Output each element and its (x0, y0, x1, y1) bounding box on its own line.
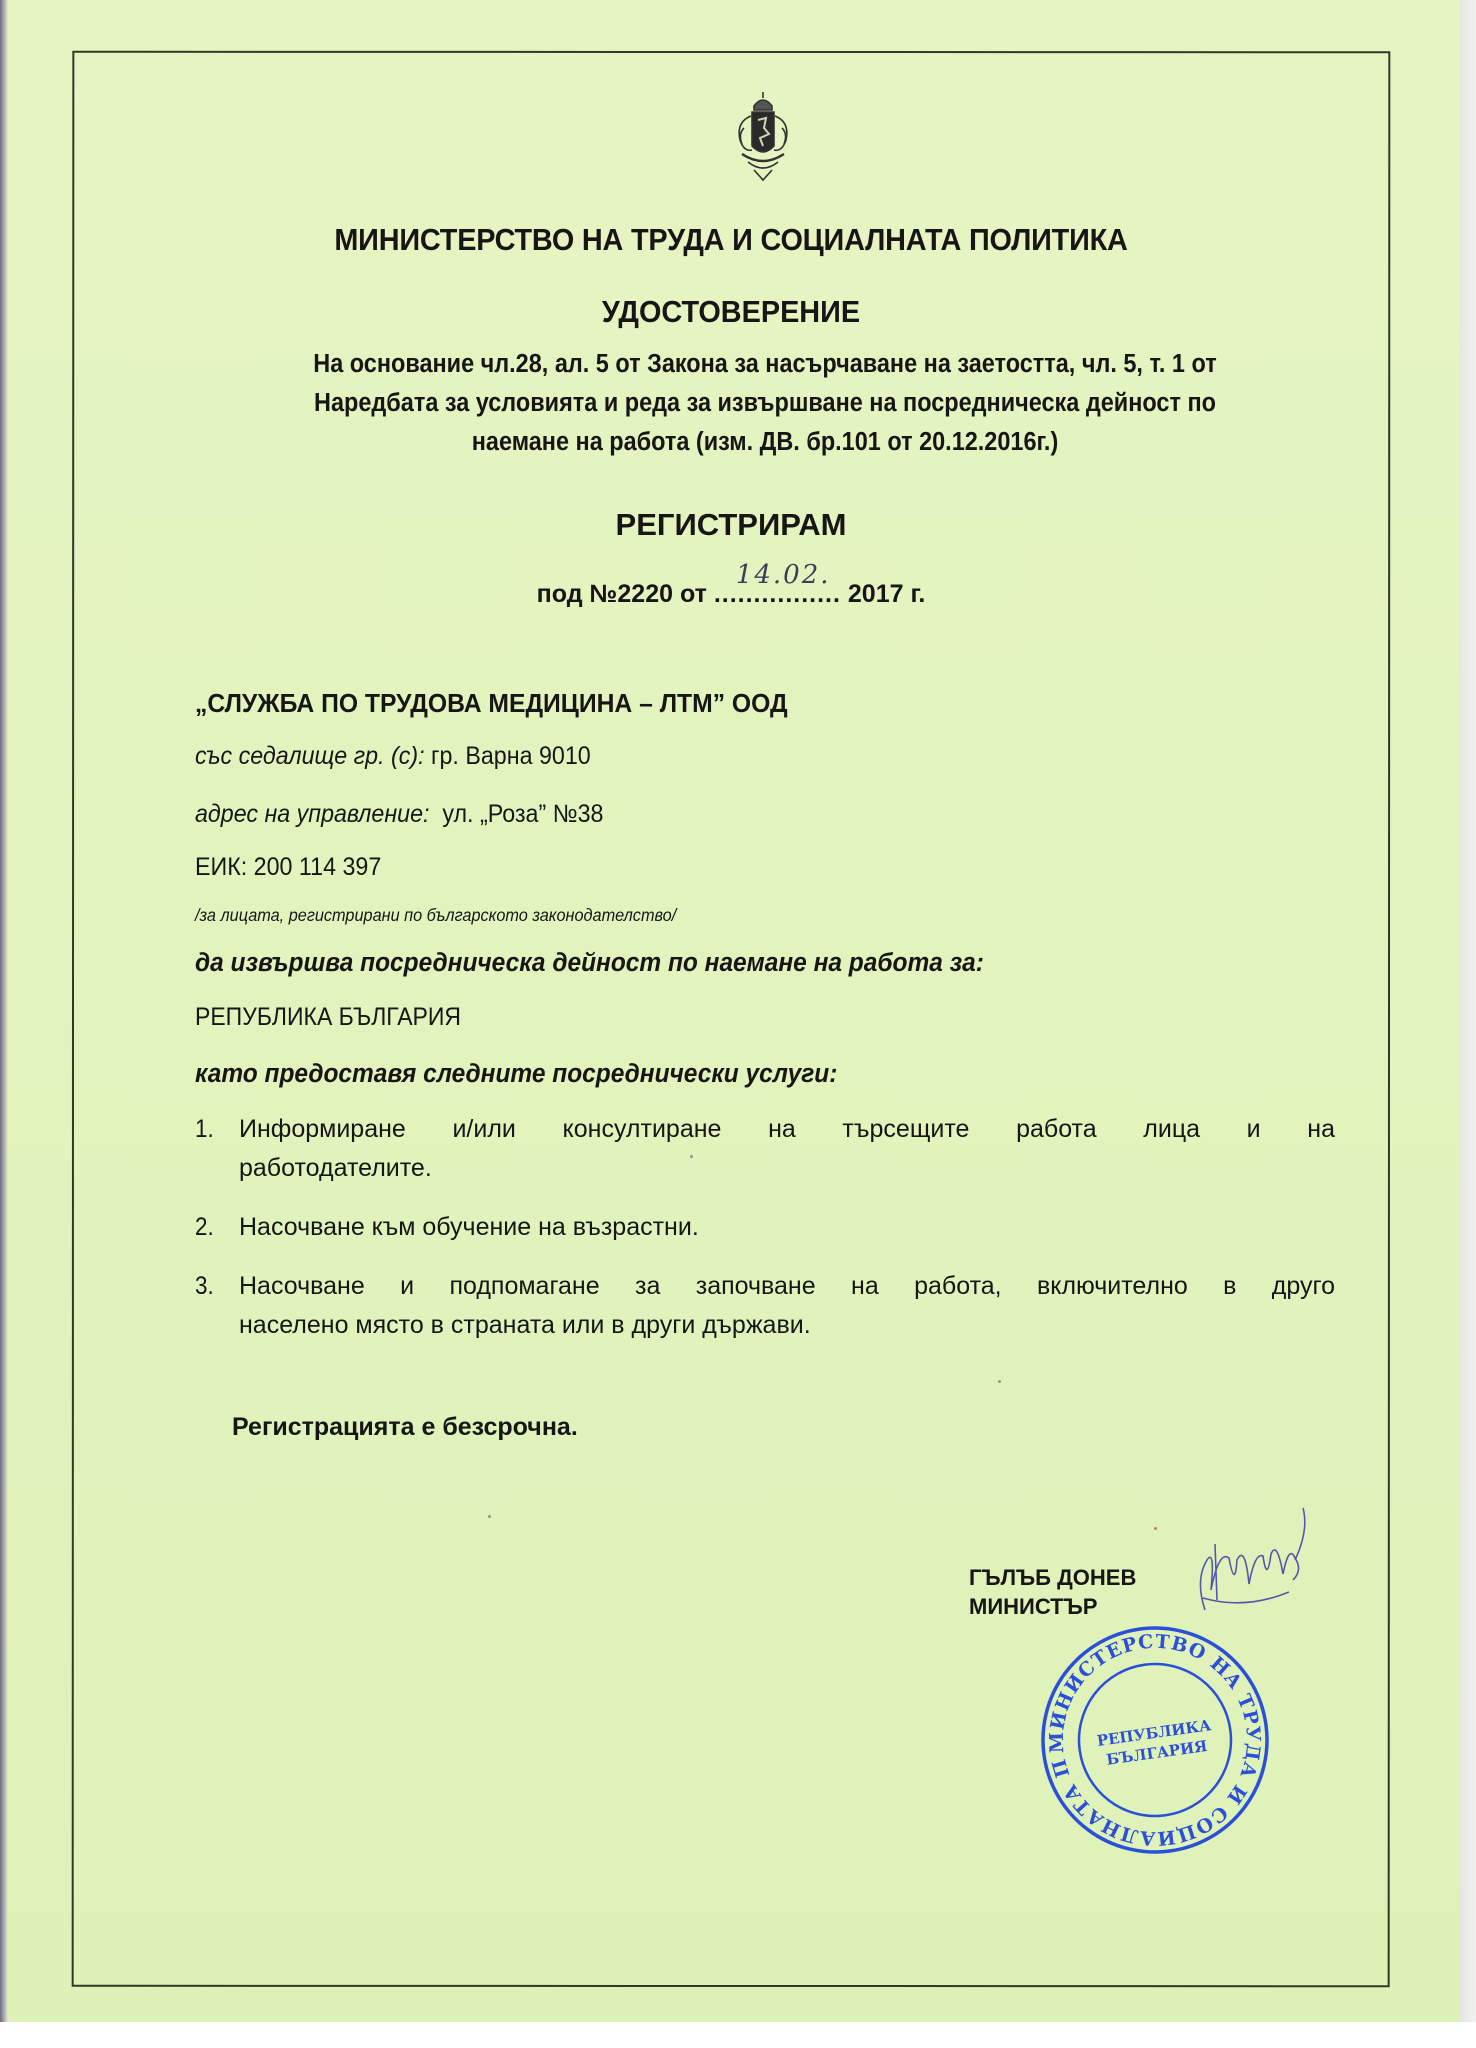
scan-edge-right (1460, 0, 1476, 2022)
item-text: работодателите. (239, 1149, 1335, 1188)
coat-of-arms-icon (730, 88, 796, 184)
scan-speck (1154, 1527, 1157, 1530)
scan-speck (488, 1515, 491, 1518)
services-heading: като предоставя следните посреднически у… (195, 1060, 837, 1089)
item-text: населено място в страната или в други дъ… (239, 1306, 1335, 1345)
registration-number-line: под №2220 от ................14.02. 2017… (72, 580, 1390, 609)
address-label: адрес на управление: (195, 800, 429, 828)
signer-block: ГЪЛЪБ ДОНЕВ МИНИСТЪР (969, 1563, 1136, 1621)
registration-year: 2017 г. (848, 580, 925, 608)
legislation-note: /за лицата, регистрирани по българското … (195, 905, 676, 926)
item-number: 1. (195, 1110, 235, 1188)
item-number: 3. (195, 1267, 235, 1345)
scan-speck (998, 1380, 1001, 1383)
country: РЕПУБЛИКА БЪЛГАРИЯ (195, 1003, 461, 1032)
eik-line: ЕИК: 200 114 397 (195, 853, 381, 882)
seat-line: със седалище гр. (с): гр. Варна 9010 (195, 742, 591, 771)
item-number: 2. (195, 1208, 235, 1247)
legal-basis-line: наемане на работа (изм. ДВ. бр.101 от 20… (236, 423, 1294, 462)
list-item: 1. Информиране и/или консултиране на тър… (195, 1110, 1335, 1188)
eik-label: ЕИК: (195, 853, 247, 881)
list-item: 2. Насочване към обучение на възрастни. (195, 1208, 1335, 1247)
signer-name: ГЪЛЪБ ДОНЕВ (969, 1563, 1136, 1592)
item-text: Информиране и/или консултиране на търсещ… (239, 1110, 1335, 1149)
legal-basis-line: На основание чл.28, ал. 5 от Закона за н… (236, 345, 1294, 384)
registration-number: под №2220 от (537, 580, 707, 608)
address-line: адрес на управление: ул. „Роза” №38 (195, 800, 603, 829)
scan-speck (690, 1155, 693, 1158)
item-text: Насочване и подпомагане за започване на … (239, 1267, 1335, 1306)
eik-value: 200 114 397 (247, 853, 381, 881)
item-text: Насочване към обучение на възрастни. (239, 1208, 1335, 1247)
registration-heading: РЕГИСТРИРАМ (72, 507, 1390, 543)
official-stamp: МИНИСТЕРСТВО НА ТРУДА И СОЦИАЛНАТА ПОЛИТ… (1035, 1620, 1275, 1860)
services-list: 1. Информиране и/или консултиране на тър… (195, 1110, 1335, 1365)
address-value: ул. „Роза” №38 (429, 800, 603, 828)
legal-basis-line: Наредбата за условията и реда за извършв… (236, 384, 1294, 423)
activity-heading: да извършва посредническа дейност по нае… (195, 949, 984, 978)
legal-basis: На основание чл.28, ал. 5 от Закона за н… (236, 345, 1294, 462)
validity-statement: Регистрацията е безсрочна. (232, 1413, 578, 1442)
ministry-heading: МИНИСТЕРСТВО НА ТРУДА И СОЦИАЛНАТА ПОЛИТ… (118, 222, 1344, 258)
organization-name: „СЛУЖБА ПО ТРУДОВА МЕДИЦИНА – ЛТМ” ООД (195, 688, 788, 719)
signature-icon (1185, 1500, 1325, 1620)
signer-position: МИНИСТЪР (969, 1592, 1136, 1621)
seat-value: гр. Варна 9010 (425, 742, 591, 770)
seat-label: със седалище гр. (с): (195, 742, 425, 770)
scan-edge-left (0, 0, 8, 2022)
date-field: ................14.02. (714, 580, 841, 608)
list-item: 3. Насочване и подпомагане за започване … (195, 1267, 1335, 1345)
certificate-title: УДОСТОВЕРЕНИЕ (118, 294, 1344, 330)
handwritten-date: 14.02. (736, 560, 831, 590)
